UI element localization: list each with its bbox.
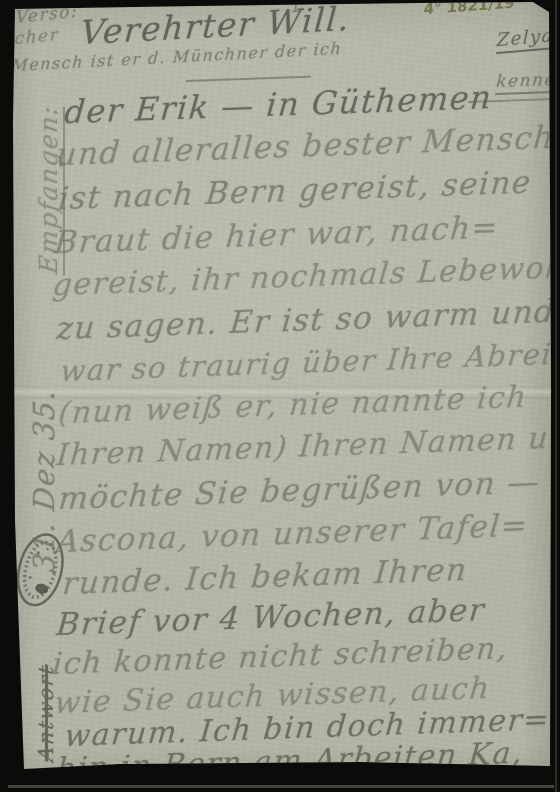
body-line: gereist, ihr nochmals Lebewohl: [51, 253, 560, 301]
corner-note: cher: [14, 27, 59, 48]
scanner-edge-line-right: [555, 0, 557, 792]
margin-struck-word: Antwort: [36, 663, 57, 762]
underline-rule: [186, 76, 311, 82]
inserted-word: kenne: [495, 72, 557, 95]
body-line: der Erik — in Güthemen: [63, 81, 494, 128]
shelfmark: 4° 1821/19: [423, 0, 515, 17]
body-line: und alleralles bester Mensch: [55, 123, 556, 172]
body-line: Ihren Namen) Ihren Namen und: [55, 422, 560, 471]
letter-paper: Verso:cherVerehrter Will.14° 1821/19Zely…: [0, 0, 560, 792]
body-line: runde. Ich bekam Ihren: [61, 555, 469, 600]
body-line: Braut die hier war, nach=: [53, 212, 500, 259]
margin-received-note: Empfangen:: [36, 103, 65, 275]
body-line: zu sagen. Er ist so warm und: [55, 297, 557, 346]
body-line: möchte Sie begrüßen von —: [57, 467, 541, 515]
body-line: war so traurig über Ihre Abreise: [59, 339, 560, 386]
scanner-edge-line-bottom: [8, 785, 554, 788]
page-number: 1: [290, 2, 300, 15]
inserted-word: Zelya: [496, 27, 554, 54]
body-line: Ascona, von unserer Tafel=: [55, 511, 529, 559]
corner-note: Verso:: [16, 3, 79, 27]
margin-date-note: 31. Dez 35.: [30, 387, 59, 573]
body-line: ist nach Bern gereist, seine: [57, 167, 533, 215]
scanned-letter-page: Verso:cherVerehrter Will.14° 1821/19Zely…: [0, 0, 560, 792]
